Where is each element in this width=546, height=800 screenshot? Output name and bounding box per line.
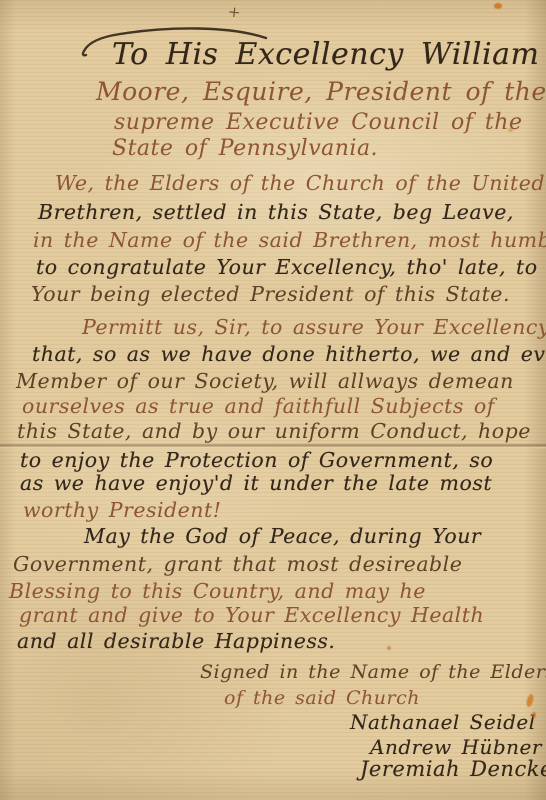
paragraph3-line3: Blessing to this Country, and may he: [9, 580, 426, 604]
paragraph2-line8: worthy President!: [23, 499, 221, 523]
title-line-2: Moore, Esquire, President of the: [96, 78, 546, 107]
closing-line2: of the said Church: [224, 688, 420, 710]
paragraph1-line4: to congratulate Your Excellency, tho' la…: [36, 256, 538, 280]
paper-fold-crease: [0, 443, 546, 449]
paragraph2-line2: that, so as we have done hitherto, we an…: [32, 343, 546, 367]
stain-mark: [494, 3, 502, 9]
signature-andrew-huebner: Andrew Hübner: [370, 736, 542, 759]
paragraph3-line4: grant and give to Your Excellency Health: [19, 604, 484, 628]
signature-nathanael-seidel: Nathanael Seidel: [350, 711, 536, 734]
title-line-4: State of Pennsylvania.: [112, 136, 378, 161]
paragraph1-line3: in the Name of the said Brethren, most h…: [33, 229, 546, 253]
paragraph3-line5: and all desirable Happiness.: [17, 630, 335, 654]
paragraph2-line6: to enjoy the Protection of Government, s…: [20, 449, 493, 473]
stain-mark: [525, 693, 534, 707]
paragraph2-line7: as we have enjoy'd it under the late mos…: [20, 472, 492, 496]
paragraph2-line3: Member of our Society, will allways deme…: [16, 370, 514, 394]
title-line-3: supreme Executive Council of the: [114, 110, 522, 135]
manuscript-page: + To His Excellency William Moore, Esqui…: [0, 0, 546, 800]
stain-mark: [532, 712, 536, 718]
paragraph1-line1: We, the Elders of the Church of the Unit…: [55, 172, 545, 196]
stain-mark: [508, 128, 513, 132]
title-line-1: To His Excellency William: [112, 38, 539, 73]
cross-mark: +: [227, 2, 241, 21]
closing-line1: Signed in the Name of the Elders: [200, 662, 546, 684]
paragraph3-line1: May the God of Peace, during Your: [84, 525, 481, 549]
signature-jeremiah-dencke: Jeremiah Dencke: [360, 757, 546, 781]
paragraph2-line1: Permitt us, Sir, to assure Your Excellen…: [82, 316, 546, 340]
stain-mark: [387, 646, 391, 650]
paragraph2-line5: this State, and by our uniform Conduct, …: [17, 420, 531, 444]
paragraph2-line4: ourselves as true and faithfull Subjects…: [22, 395, 495, 419]
paragraph3-line2: Government, grant that most desireable: [13, 553, 462, 577]
paragraph1-line2: Brethren, settled in this State, beg Lea…: [38, 201, 514, 225]
paragraph1-line5: Your being elected President of this Sta…: [31, 283, 510, 307]
